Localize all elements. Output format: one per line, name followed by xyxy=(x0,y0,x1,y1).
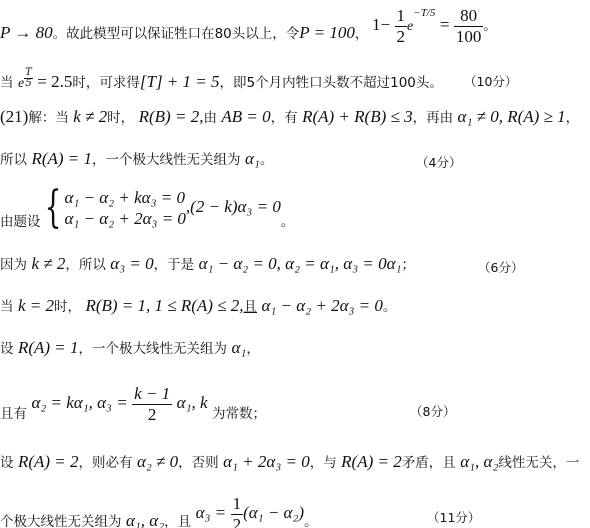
line-7: 当 k = 2时， R(B) = 1, 1 ≤ R(A) ≤ 2,且 α₁ − … xyxy=(0,297,396,315)
equation-1: α₁ − α₂ + kα₃ = 0 xyxy=(65,187,186,208)
fraction: k − 12 xyxy=(132,384,172,424)
denominator: 2 xyxy=(395,27,408,47)
problem-number: (21) xyxy=(0,107,28,126)
equals: = xyxy=(440,15,450,34)
math: R(B) = 1, 1 ≤ R(A) ≤ 2, xyxy=(85,296,243,315)
math: (α₁ − α₂) xyxy=(243,503,304,522)
line-9: 且有 α₂ = kα₁, α₃ = k − 12 α₁, k 为常数； xyxy=(0,384,266,424)
math: ,(2 − k)α₃ = 0 xyxy=(186,197,281,216)
text: 当 xyxy=(0,75,14,91)
score-11: （11分） xyxy=(427,508,480,526)
text: ； xyxy=(401,257,415,273)
fraction: 12 xyxy=(231,494,244,528)
equation-2: α₁ − α₂ + 2α₃ = 0 xyxy=(65,208,186,229)
line-2: 当 eT5 = 2.5时，可求得[T] + 1 = 5，即5个月内牲口头数不超过… xyxy=(0,68,443,91)
line-11: 个极大线性无关组为 α₁, α₂，且 α₃ = 12(α₁ − α₂)。 xyxy=(0,494,318,528)
math: [T] + 1 = 5 xyxy=(140,72,220,91)
denominator: 100 xyxy=(454,27,484,47)
math: α₁ ≠ 0, R(A) ≥ 1 xyxy=(458,107,566,126)
score-8: （8分） xyxy=(410,402,455,420)
equation-system: α₁ − α₂ + kα₃ = 0α₁ − α₂ + 2α₃ = 0 xyxy=(65,187,186,230)
text: ，一个极大线性无关组为 xyxy=(92,152,241,168)
exponent-fraction: T5 xyxy=(24,68,33,89)
math: α₁ − α₂ + 2α₃ = 0 xyxy=(261,296,382,315)
line-5: 由题设{α₁ − α₂ + kα₃ = 0α₁ − α₂ + 2α₃ = 0,(… xyxy=(0,186,294,230)
text: ，且 xyxy=(164,514,191,528)
text: ， xyxy=(246,341,260,357)
text: 时， xyxy=(54,299,81,315)
text: ， xyxy=(355,26,369,42)
text: ，即5个月内牲口头数不超过100头。 xyxy=(220,75,443,91)
score-4: （4分） xyxy=(416,153,461,171)
math: α₁ xyxy=(245,149,260,168)
math: R(A) = 2 xyxy=(341,452,402,471)
text: ，于是 xyxy=(154,257,195,273)
score-10: （10分） xyxy=(464,72,517,90)
text: 当 xyxy=(0,299,14,315)
math: AB = 0 xyxy=(221,107,270,126)
math: α₁, α₂ xyxy=(460,452,498,471)
numerator: 1 xyxy=(231,494,244,515)
math: α₂ = kα₁, α₃ = xyxy=(31,393,127,412)
numerator: k − 1 xyxy=(132,384,172,405)
text: 时， xyxy=(107,110,134,126)
text: 矛盾，且 xyxy=(402,455,456,471)
text: ，有 xyxy=(271,110,298,126)
text: 时，可求得 xyxy=(72,75,140,91)
math: R(A) = 1 xyxy=(31,149,92,168)
exponent: −T/5 xyxy=(413,8,435,19)
math-p: P = 100 xyxy=(299,23,355,42)
math: α₃ = xyxy=(196,503,227,522)
text: 所以 xyxy=(0,152,27,168)
text: 。 xyxy=(304,514,318,528)
text: 线性无关，一 xyxy=(498,455,579,471)
denominator: 5 xyxy=(25,79,31,89)
brace: { xyxy=(44,186,61,230)
math: R(A) + R(B) ≤ 3 xyxy=(302,107,412,126)
text: 由 xyxy=(203,110,217,126)
numerator: 1 xyxy=(395,6,408,27)
math: R(A) = 2 xyxy=(18,452,79,471)
text: ，再由 xyxy=(413,110,454,126)
math: α₁ + 2α₃ = 0 xyxy=(223,452,310,471)
math: = 2.5 xyxy=(37,72,72,91)
text: 。 xyxy=(260,152,274,168)
denominator: 2 xyxy=(132,405,172,425)
line-1: P → 80。故此模型可以保证牲口在80头以上，令P = 100， xyxy=(0,24,368,42)
math: R(B) = 2, xyxy=(139,107,204,126)
math: k ≠ 2 xyxy=(73,107,107,126)
line-6: 因为 k ≠ 2，所以 α₃ = 0，于是 α₁ − α₂ = 0, α₂ = … xyxy=(0,255,415,273)
math: α₁ xyxy=(231,338,246,357)
text: 。 xyxy=(483,18,497,34)
fraction: 80100 xyxy=(454,6,484,46)
math: 1− xyxy=(372,15,390,34)
text: ，与 xyxy=(310,455,337,471)
text: ，否则 xyxy=(178,455,219,471)
text: 且有 xyxy=(0,406,27,422)
text: 为常数； xyxy=(212,406,266,422)
text: ，一个极大线性无关组为 xyxy=(79,341,228,357)
text: 因为 xyxy=(0,257,27,273)
text: 由题设 xyxy=(0,214,41,230)
text: 解：当 xyxy=(28,110,69,126)
line-4: 所以 R(A) = 1，一个极大线性无关组为 α₁。 xyxy=(0,150,273,168)
math: R(A) = 1 xyxy=(18,338,79,357)
line-10: 设 R(A) = 2，则必有 α₂ ≠ 0，否则 α₁ + 2α₃ = 0，与 … xyxy=(0,453,579,471)
text: 个极大线性无关组为 xyxy=(0,514,122,528)
math: α₃ = 0 xyxy=(110,254,153,273)
text: 。 xyxy=(281,214,295,230)
math: k ≠ 2 xyxy=(31,254,65,273)
denominator: 2 xyxy=(231,515,244,528)
line-1-formula: 1− 12e−T/5 = 80100。 xyxy=(372,6,497,46)
math-limit: P → 80 xyxy=(0,23,53,42)
math: k = 2 xyxy=(18,296,54,315)
text: 。 xyxy=(383,299,397,315)
text: 设 xyxy=(0,455,14,471)
line-3: (21)解：当 k ≠ 2时， R(B) = 2,由 AB = 0，有 R(A)… xyxy=(0,108,579,126)
math: α₂ ≠ 0 xyxy=(137,452,178,471)
math: α₁, k xyxy=(177,393,208,412)
text: ，所以 xyxy=(65,257,106,273)
text: 。故此模型可以保证牲口在80头以上，令 xyxy=(53,26,300,42)
line-8: 设 R(A) = 1，一个极大线性无关组为 α₁， xyxy=(0,339,260,357)
math: α₁, α₂ xyxy=(126,511,164,528)
score-6: （6分） xyxy=(478,258,523,276)
math: α₁ − α₂ = 0, α₂ = α₁, α₃ = 0α₁ xyxy=(199,254,402,273)
fraction: 12 xyxy=(395,6,408,46)
numerator: 80 xyxy=(454,6,484,27)
text: ，则必有 xyxy=(79,455,133,471)
math-e: e xyxy=(407,19,413,34)
text: 设 xyxy=(0,341,14,357)
text: 且 xyxy=(244,299,258,315)
text: ， xyxy=(566,110,580,126)
